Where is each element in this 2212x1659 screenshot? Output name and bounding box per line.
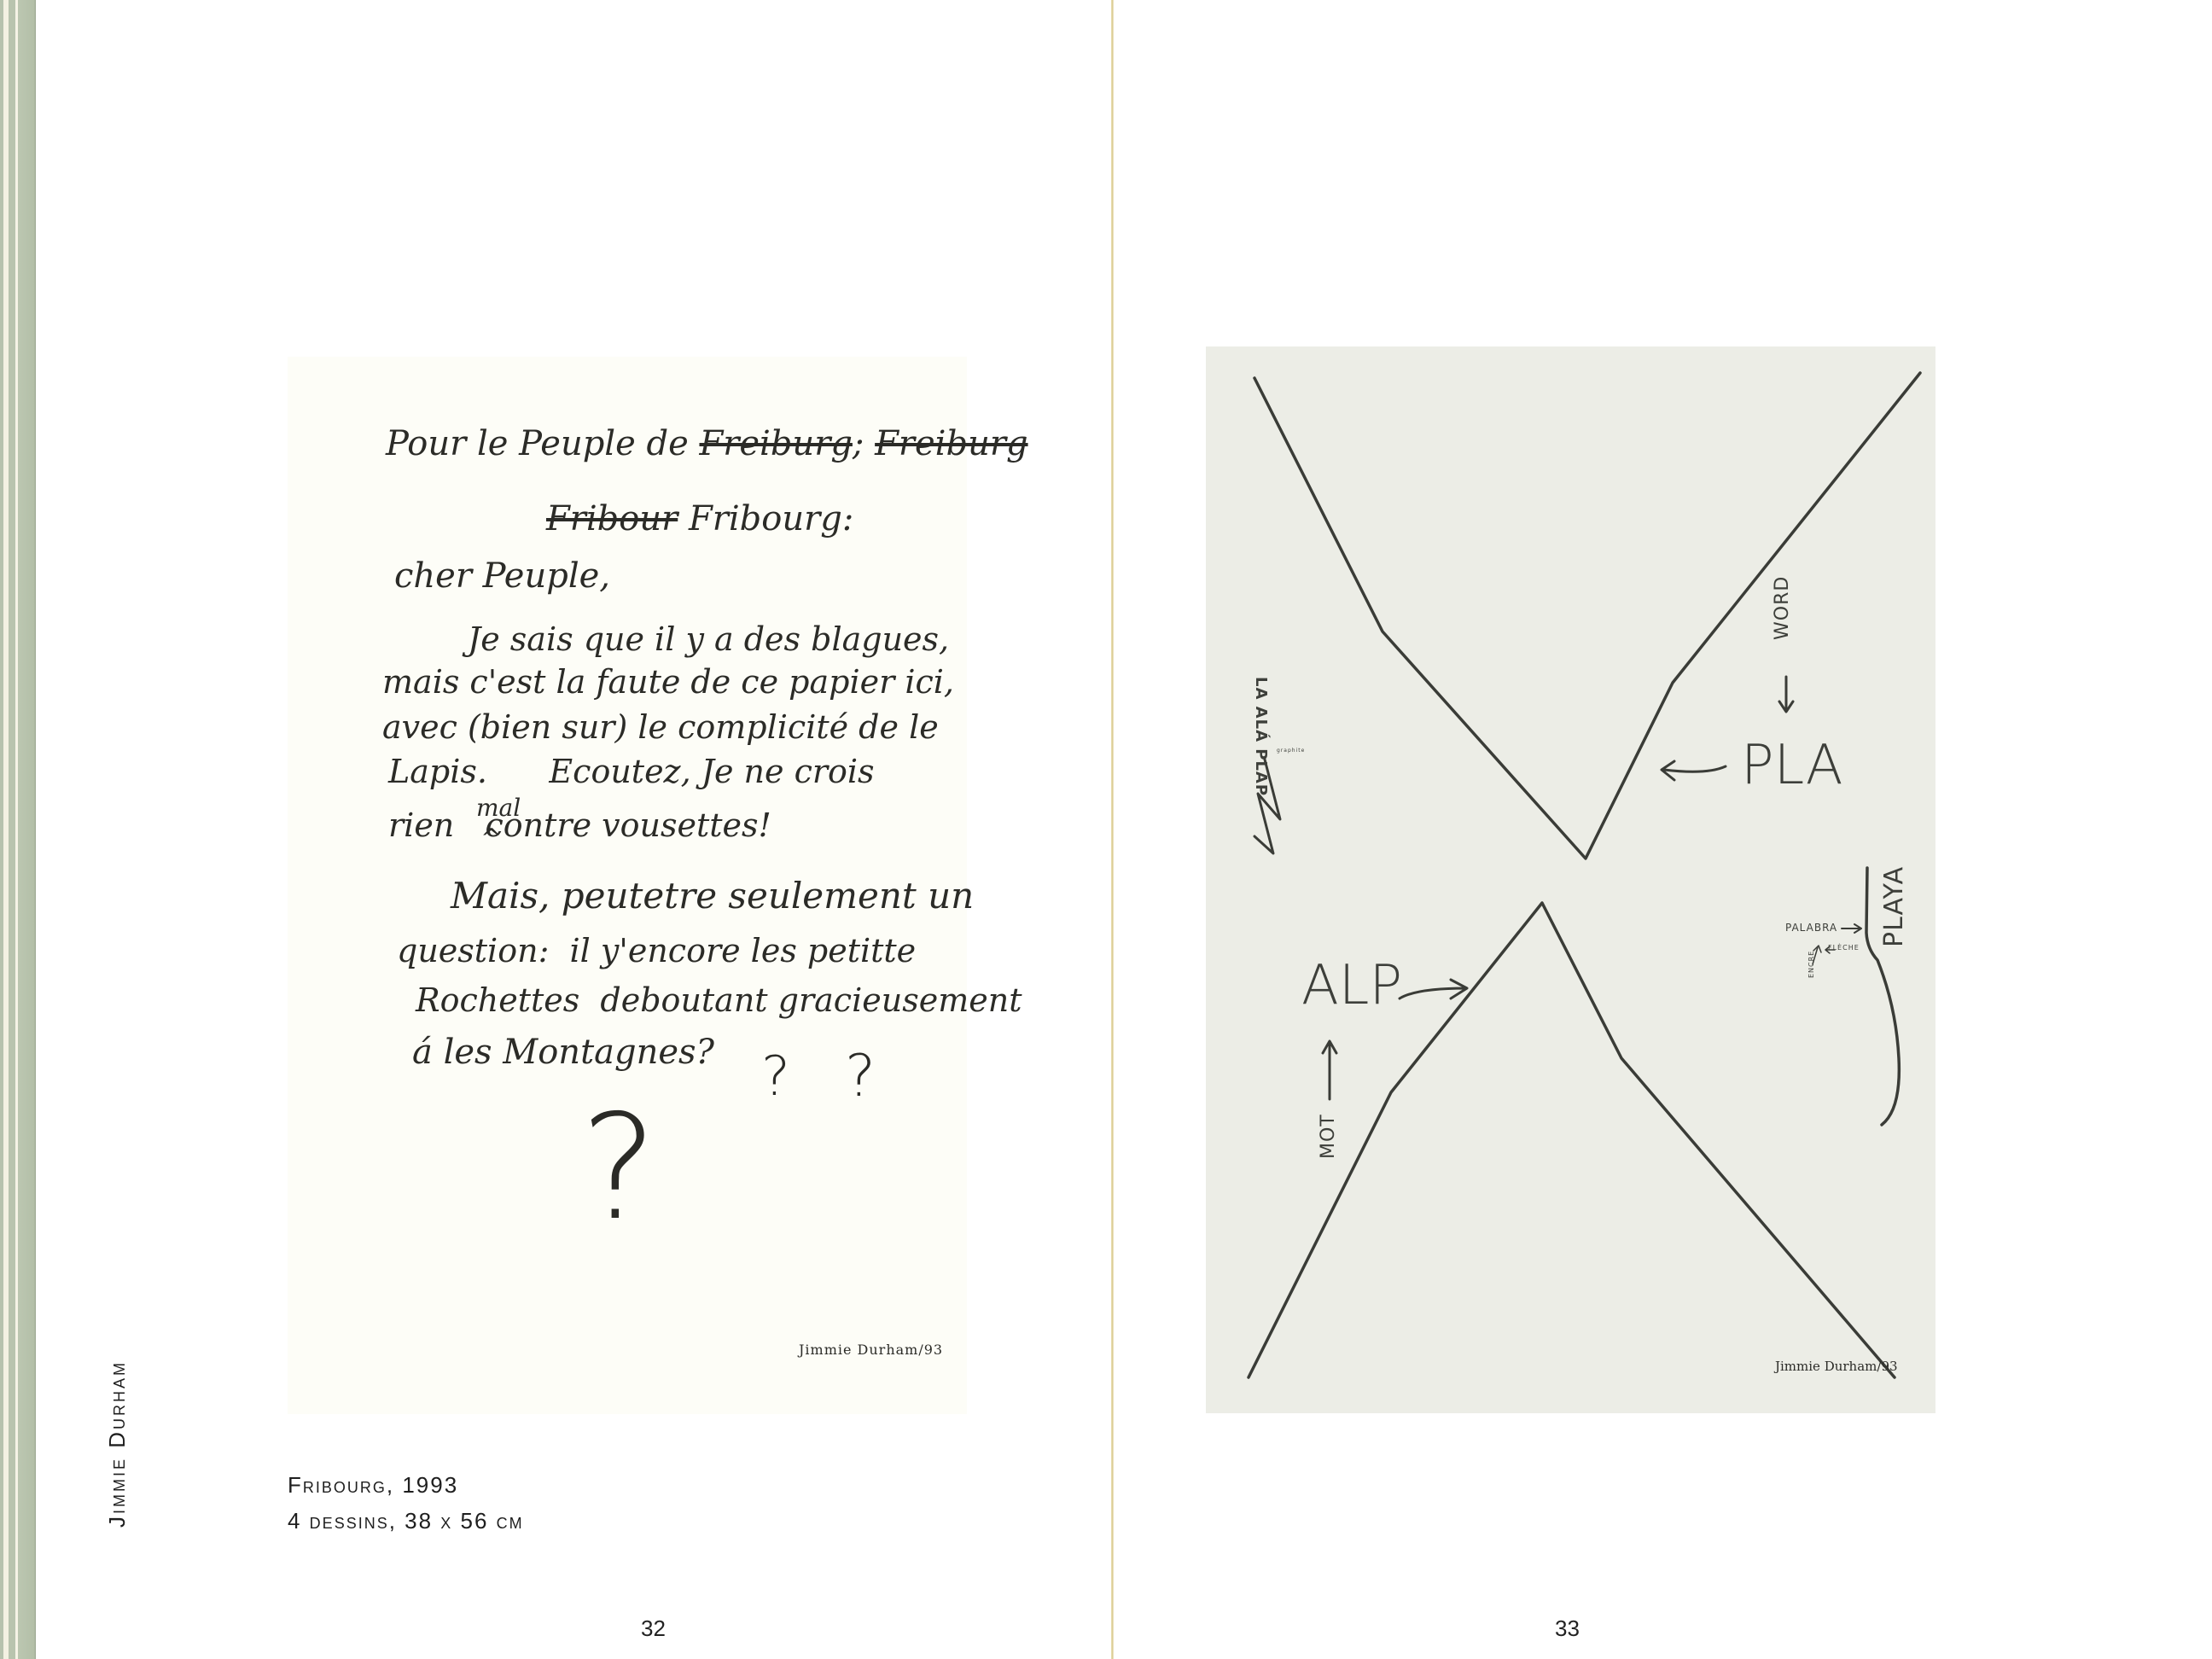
salutation-prefix: Pour le Peuple de bbox=[386, 424, 689, 463]
letter-line: Je sais que il y a des blagues, bbox=[468, 620, 949, 658]
letter-salutation-line1: Pour le Peuple de Freiburg; Freiburg bbox=[386, 424, 1028, 463]
label-mot: MOT bbox=[1318, 1114, 1339, 1159]
label-alp: ALP bbox=[1301, 954, 1402, 1017]
letter-line: Rochettes deboutant gracieusement bbox=[416, 981, 1022, 1019]
question-mark-small-1: ? bbox=[761, 1045, 790, 1109]
letter-line: Lapis. Ecoutez, Je ne crois bbox=[388, 753, 875, 790]
question-mark-large: ? bbox=[580, 1084, 657, 1253]
struck-word-2: Freiburg bbox=[875, 424, 1027, 463]
label-encre: ENCRE bbox=[1807, 951, 1815, 978]
letter-line: question: il y'encore les petitte bbox=[397, 932, 916, 969]
letter-salutation-line2: Fribour Fribourg: bbox=[546, 499, 853, 538]
left-signature: Jimmie Durham/93 bbox=[799, 1342, 943, 1358]
book-spine-edge bbox=[0, 0, 36, 1659]
label-fleche: FLÈCHE bbox=[1828, 944, 1860, 952]
label-playa: PLAYA bbox=[1879, 866, 1909, 947]
question-mark-small-2: ? bbox=[845, 1043, 876, 1110]
caption-title: Fribourg, 1993 bbox=[288, 1472, 458, 1499]
page-number-right: 33 bbox=[1555, 1615, 1580, 1642]
letter-line: á les Montagnes? bbox=[412, 1033, 714, 1072]
final-city-name: Fribourg: bbox=[689, 499, 853, 538]
letter-greeting: cher Peuple, bbox=[394, 556, 610, 596]
letter-line: mais c'est la faute de ce papier ici, bbox=[382, 663, 954, 701]
label-pla: PLA bbox=[1741, 734, 1843, 797]
letter-line: Mais, peutetre seulement un bbox=[451, 875, 974, 917]
label-palabra: PALABRA bbox=[1785, 922, 1837, 934]
struck-word-3: Fribour bbox=[546, 499, 678, 538]
struck-word-1: Freiburg bbox=[699, 424, 852, 463]
alp-pla-drawing-panel bbox=[1206, 346, 1935, 1413]
letter-line: avec (bien sur) le complicité de le bbox=[382, 708, 939, 746]
running-head-author: Jimmie Durham bbox=[104, 1360, 131, 1528]
label-la-ala-plap: LA ALÁ PLAP bbox=[1252, 677, 1270, 796]
right-signature: Jimmie Durham/93 bbox=[1775, 1359, 1898, 1374]
letter-line: rien contre vousettes! bbox=[388, 806, 771, 844]
caption-details: 4 dessins, 38 x 56 cm bbox=[288, 1508, 524, 1534]
label-graphite: graphite bbox=[1277, 748, 1305, 754]
label-word: WORD bbox=[1772, 576, 1793, 640]
page-number-left: 32 bbox=[641, 1615, 666, 1642]
